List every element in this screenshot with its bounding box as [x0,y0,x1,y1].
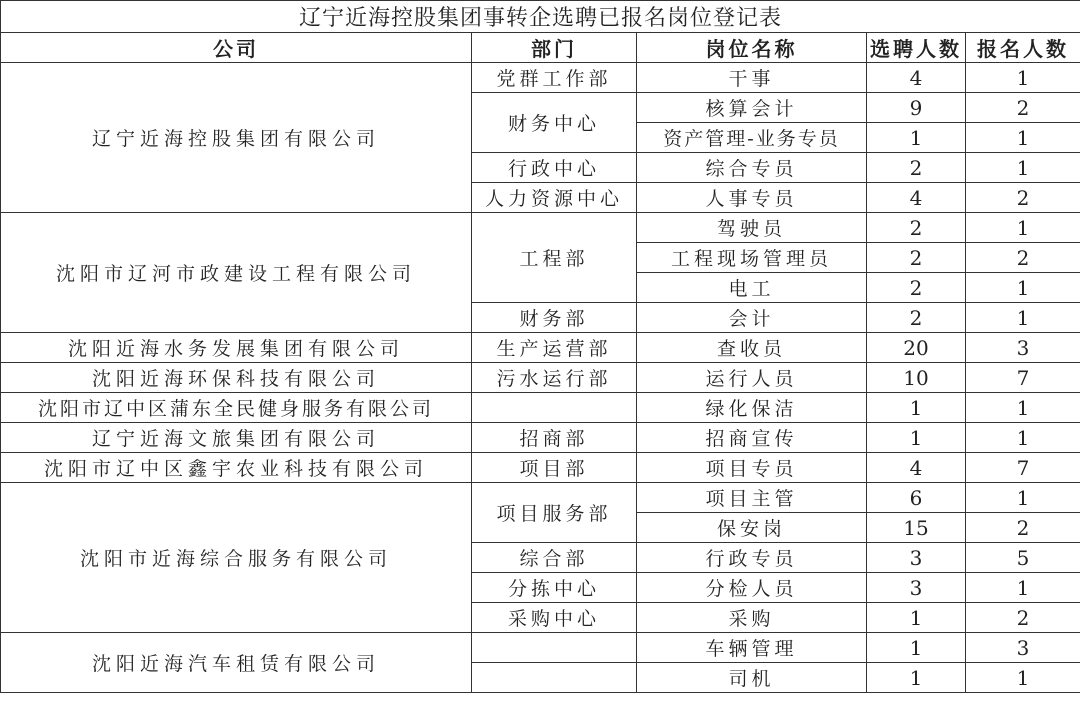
applicant-count-cell: 1 [966,663,1080,693]
table-row: 沈阳市辽中区蒲东全民健身服务有限公司 绿化保洁 1 1 [1,393,1080,423]
header-row: 公司 部门 岗位名称 选聘人数 报名人数 [1,33,1080,63]
position-cell: 会计 [637,303,867,333]
department-cell: 财务部 [472,303,637,333]
recruit-count-cell: 1 [867,423,966,453]
position-cell: 招商宣传 [637,423,867,453]
recruit-count-cell: 4 [867,453,966,483]
company-cell: 沈阳市辽中区蒲东全民健身服务有限公司 [1,393,472,423]
position-cell: 查收员 [637,333,867,363]
position-cell: 绿化保洁 [637,393,867,423]
department-cell [472,393,637,423]
company-cell: 沈阳近海汽车租赁有限公司 [1,633,472,693]
recruit-count-cell: 1 [867,123,966,153]
applicant-count-cell: 1 [966,123,1080,153]
recruit-count-cell: 3 [867,573,966,603]
applicant-count-cell: 2 [966,513,1080,543]
recruit-count-cell: 2 [867,303,966,333]
department-cell: 分拣中心 [472,573,637,603]
applicant-count-cell: 7 [966,453,1080,483]
company-cell: 辽宁近海文旅集团有限公司 [1,423,472,453]
position-cell: 车辆管理 [637,633,867,663]
company-cell: 沈阳近海环保科技有限公司 [1,363,472,393]
table-row: 辽宁近海控股集团有限公司 党群工作部 干事 4 1 [1,63,1080,93]
applicant-count-cell: 1 [966,393,1080,423]
recruit-count-cell: 4 [867,63,966,93]
recruit-count-cell: 2 [867,273,966,303]
applicant-count-cell: 1 [966,213,1080,243]
recruit-count-cell: 1 [867,663,966,693]
department-cell: 项目服务部 [472,483,637,543]
table-row: 辽宁近海文旅集团有限公司 招商部 招商宣传 1 1 [1,423,1080,453]
department-cell: 项目部 [472,453,637,483]
company-cell: 沈阳市近海综合服务有限公司 [1,483,472,633]
department-cell: 人力资源中心 [472,183,637,213]
position-cell: 行政专员 [637,543,867,573]
applicant-count-cell: 2 [966,243,1080,273]
recruit-count-cell: 2 [867,213,966,243]
recruit-count-cell: 1 [867,393,966,423]
applicant-count-cell: 1 [966,303,1080,333]
department-cell: 行政中心 [472,153,637,183]
recruit-count-cell: 2 [867,243,966,273]
applicant-count-cell: 3 [966,333,1080,363]
position-cell: 综合专员 [637,153,867,183]
department-cell: 采购中心 [472,603,637,633]
recruit-count-cell: 1 [867,633,966,663]
department-cell: 党群工作部 [472,63,637,93]
department-cell: 污水运行部 [472,363,637,393]
department-cell: 招商部 [472,423,637,453]
department-cell [472,633,637,663]
recruit-count-cell: 3 [867,543,966,573]
company-cell: 沈阳近海水务发展集团有限公司 [1,333,472,363]
position-cell: 核算会计 [637,93,867,123]
company-cell: 沈阳市辽中区鑫宇农业科技有限公司 [1,453,472,483]
recruit-count-cell: 10 [867,363,966,393]
company-cell: 沈阳市辽河市政建设工程有限公司 [1,213,472,333]
company-cell: 辽宁近海控股集团有限公司 [1,63,472,213]
table-row: 沈阳近海环保科技有限公司 污水运行部 运行人员 10 7 [1,363,1080,393]
department-cell: 工程部 [472,213,637,303]
header-company: 公司 [1,33,472,63]
table-title: 辽宁近海控股集团事转企选聘已报名岗位登记表 [1,1,1080,33]
table-row: 沈阳市辽河市政建设工程有限公司 工程部 驾驶员 2 1 [1,213,1080,243]
position-cell: 采购 [637,603,867,633]
recruit-count-cell: 6 [867,483,966,513]
applicant-count-cell: 3 [966,633,1080,663]
position-cell: 司机 [637,663,867,693]
department-cell: 生产运营部 [472,333,637,363]
applicant-count-cell: 7 [966,363,1080,393]
position-cell: 资产管理-业务专员 [637,123,867,153]
recruit-count-cell: 9 [867,93,966,123]
applicant-count-cell: 2 [966,603,1080,633]
header-recruit-count: 选聘人数 [867,33,966,63]
applicant-count-cell: 2 [966,93,1080,123]
applicant-count-cell: 2 [966,183,1080,213]
position-cell: 电工 [637,273,867,303]
table-row: 沈阳市辽中区鑫宇农业科技有限公司 项目部 项目专员 4 7 [1,453,1080,483]
header-department: 部门 [472,33,637,63]
position-cell: 项目专员 [637,453,867,483]
recruit-count-cell: 15 [867,513,966,543]
table-row: 沈阳市近海综合服务有限公司 项目服务部 项目主管 6 1 [1,483,1080,513]
position-cell: 分检人员 [637,573,867,603]
recruit-count-cell: 2 [867,153,966,183]
department-cell: 综合部 [472,543,637,573]
position-cell: 保安岗 [637,513,867,543]
department-cell: 财务中心 [472,93,637,153]
table-row: 沈阳近海水务发展集团有限公司 生产运营部 查收员 20 3 [1,333,1080,363]
applicant-count-cell: 1 [966,273,1080,303]
position-cell: 驾驶员 [637,213,867,243]
applicant-count-cell: 1 [966,483,1080,513]
header-position: 岗位名称 [637,33,867,63]
position-cell: 工程现场管理员 [637,243,867,273]
registration-table: 辽宁近海控股集团事转企选聘已报名岗位登记表 公司 部门 岗位名称 选聘人数 报名… [0,0,1080,693]
position-cell: 运行人员 [637,363,867,393]
table-row: 沈阳近海汽车租赁有限公司 车辆管理 1 3 [1,633,1080,663]
applicant-count-cell: 1 [966,573,1080,603]
applicant-count-cell: 1 [966,63,1080,93]
position-cell: 项目主管 [637,483,867,513]
header-applicant-count: 报名人数 [966,33,1080,63]
applicant-count-cell: 1 [966,153,1080,183]
position-cell: 人事专员 [637,183,867,213]
recruit-count-cell: 20 [867,333,966,363]
recruit-count-cell: 1 [867,603,966,633]
applicant-count-cell: 5 [966,543,1080,573]
position-cell: 干事 [637,63,867,93]
department-cell [472,663,637,693]
recruit-count-cell: 4 [867,183,966,213]
applicant-count-cell: 1 [966,423,1080,453]
